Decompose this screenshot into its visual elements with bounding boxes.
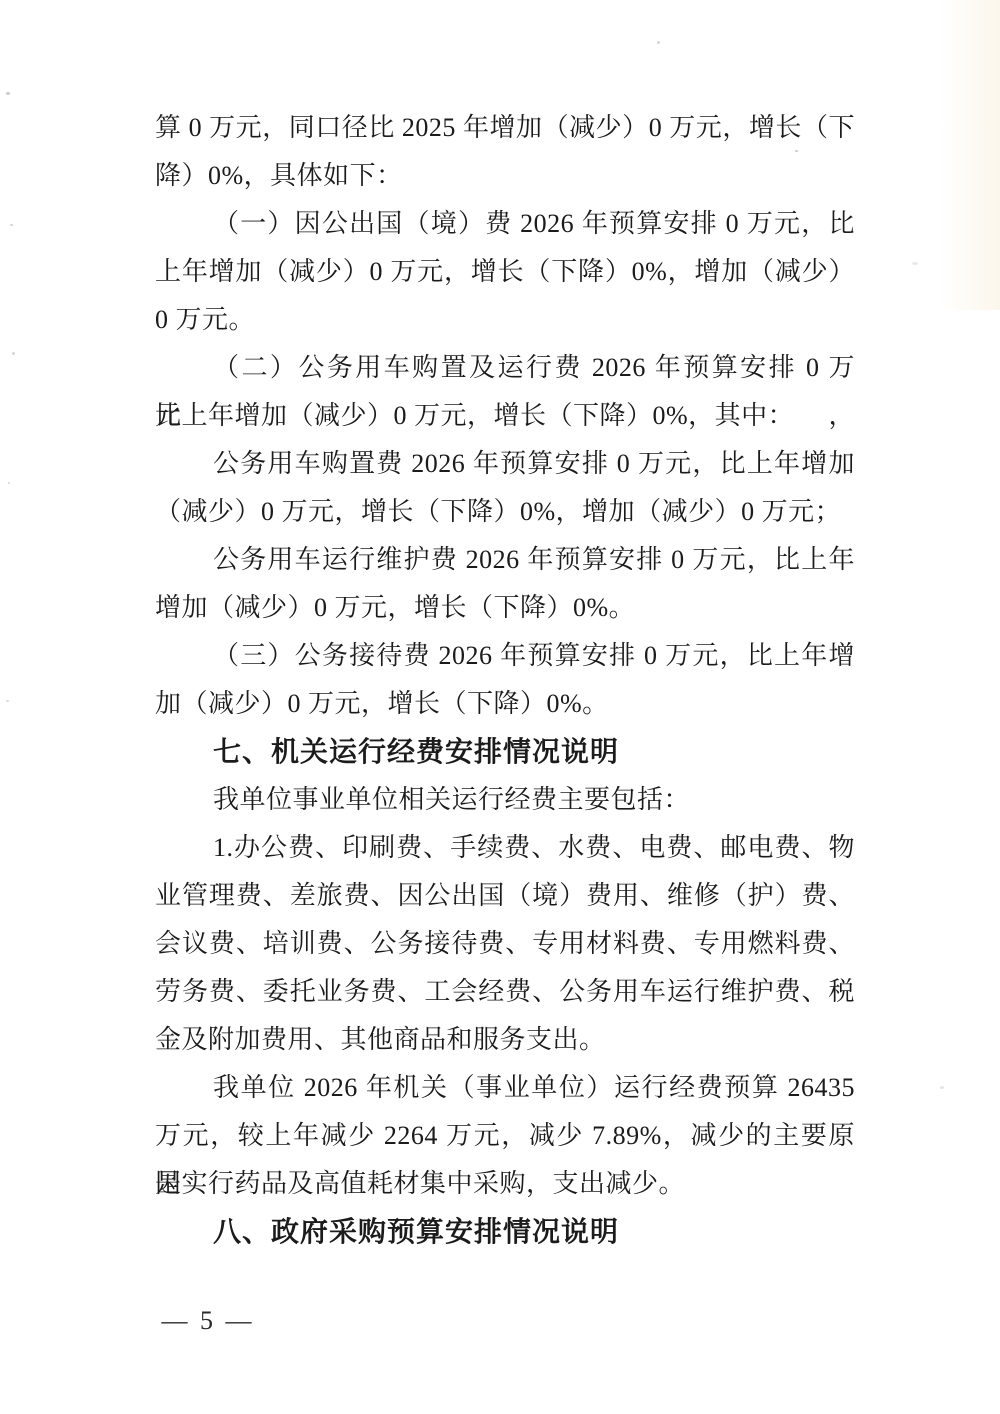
text-line: （减少）0 万元，增长（下降）0%，增加（减少）0 万元； [155,488,855,536]
scan-speck [940,1086,944,1089]
text-line: 我单位事业单位相关运行经费主要包括： [155,776,855,824]
text-line: 增加（减少）0 万元，增长（下降）0%。 [155,584,855,632]
scan-speck [12,352,15,355]
text-line: 万元，较上年减少 2264 万元，减少 7.89%，减少的主要原因 [155,1112,855,1160]
text-line: 金及附加费用、其他商品和服务支出。 [155,1016,855,1064]
text-line: 加（减少）0 万元，增长（下降）0%。 [155,680,855,728]
scan-speck [8,482,10,484]
text-line: （三）公务接待费 2026 年预算安排 0 万元，比上年增 [155,632,855,680]
text-line: 公务用车购置费 2026 年预算安排 0 万元，比上年增加 [155,440,855,488]
text-line: 0 万元。 [155,296,855,344]
scan-speck [657,41,660,44]
document-body: 算 0 万元，同口径比 2025 年增加（减少）0 万元，增长（下 降）0%，具… [155,104,855,1256]
text-line: 降）0%，具体如下： [155,152,855,200]
text-line: 公务用车运行维护费 2026 年预算安排 0 万元，比上年 [155,536,855,584]
text-line: 我单位 2026 年机关（事业单位）运行经费预算 26435 [155,1064,855,1112]
scan-speck [912,262,918,265]
text-line: 业管理费、差旅费、因公出国（境）费用、维修（护）费、 [155,872,855,920]
text-line: 上年增加（减少）0 万元，增长（下降）0%，增加（减少） [155,248,855,296]
text-line: （一）因公出国（境）费 2026 年预算安排 0 万元，比 [155,200,855,248]
scan-tint [940,0,1000,310]
text-line: 算 0 万元，同口径比 2025 年增加（减少）0 万元，增长（下 [155,104,855,152]
scan-speck [6,700,9,702]
text-line: 是实行药品及高值耗材集中采购，支出减少。 [155,1160,855,1208]
text-line: 比上年增加（减少）0 万元，增长（下降）0%，其中： [155,392,855,440]
scan-speck [10,224,13,226]
section-heading-7: 七、机关运行经费安排情况说明 [155,728,855,776]
document-page: 算 0 万元，同口径比 2025 年增加（减少）0 万元，增长（下 降）0%，具… [0,0,1000,1414]
text-line: 会议费、培训费、公务接待费、专用材料费、专用燃料费、 [155,920,855,968]
section-heading-8: 八、政府采购预算安排情况说明 [155,1208,855,1256]
text-line: 劳务费、委托业务费、工会经费、公务用车运行维护费、税 [155,968,855,1016]
scan-speck [6,92,10,95]
text-line: （二）公务用车购置及运行费 2026 年预算安排 0 万元， [155,344,855,392]
text-line: 1.办公费、印刷费、手续费、水费、电费、邮电费、物 [155,824,855,872]
page-number: — 5 — [153,1306,263,1336]
